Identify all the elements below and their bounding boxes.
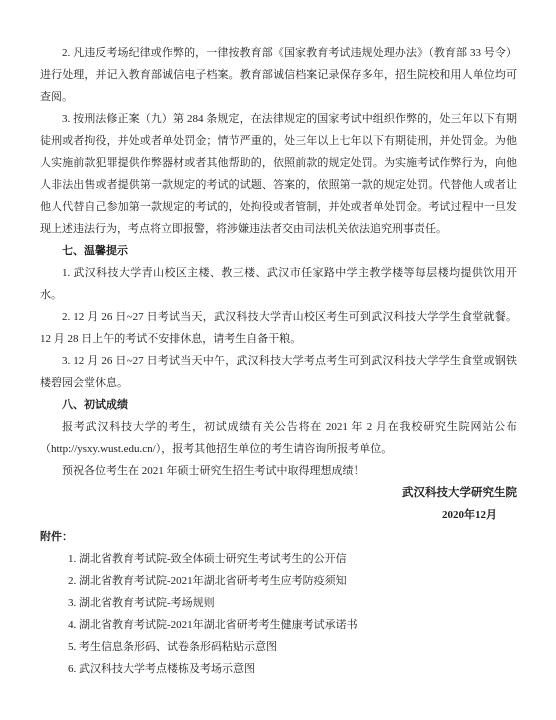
- paragraph-exam-discipline: 2. 凡违反考场纪律或作弊的，一律按教育部《国家教育考试违规处理办法》（教育部 …: [40, 42, 517, 108]
- attachment-item: 4. 湖北省教育考试院-2021年湖北省研考考生健康考试承诺书: [68, 614, 517, 636]
- paragraph-criminal-law: 3. 按刑法修正案（九）第 284 条规定，在法律规定的国家考试中组织作弊的，处…: [40, 108, 517, 240]
- attachment-item: 5. 考生信息条形码、试卷条形码粘贴示意图: [68, 636, 517, 658]
- signature-org: 武汉科技大学研究生院: [40, 482, 517, 504]
- attachments-label: 附件：: [40, 526, 517, 548]
- paragraph-tips-dining: 2. 12 月 26 日~27 日考试当天，武汉科技大学青山校区考生可到武汉科技…: [40, 306, 517, 350]
- paragraph-results-announcement: 报考武汉科技大学的考生，初试成绩有关公告将在 2021 年 2 月在我校研究生院…: [40, 416, 517, 460]
- section-heading-tips: 七、温馨提示: [40, 240, 517, 262]
- paragraph-good-wishes: 预祝各位考生在 2021 年硕士研究生招生考试中取得理想成绩！: [40, 460, 517, 482]
- paragraph-tips-rest: 3. 12 月 26 日~27 日考试当天中午，武汉科技大学考点考生可到武汉科技…: [40, 350, 517, 394]
- attachments-list: 1. 湖北省教育考试院-致全体硕士研究生考试考生的公开信 2. 湖北省教育考试院…: [40, 548, 517, 680]
- attachment-item: 6. 武汉科技大学考点楼栋及考场示意图: [68, 658, 517, 680]
- attachment-item: 3. 湖北省教育考试院-考场规则: [68, 592, 517, 614]
- document-page: 2. 凡违反考场纪律或作弊的，一律按教育部《国家教育考试违规处理办法》（教育部 …: [0, 0, 556, 720]
- attachment-item: 2. 湖北省教育考试院-2021年湖北省研考考生应考防疫须知: [68, 570, 517, 592]
- signature-date: 2020年12月: [40, 504, 517, 526]
- attachment-item: 1. 湖北省教育考试院-致全体硕士研究生考试考生的公开信: [68, 548, 517, 570]
- paragraph-tips-water: 1. 武汉科技大学青山校区主楼、教三楼、武汉市任家路中学主教学楼等每层楼均提供饮…: [40, 262, 517, 306]
- section-heading-results: 八、初试成绩: [40, 394, 517, 416]
- signature-block: 武汉科技大学研究生院 2020年12月: [40, 482, 517, 526]
